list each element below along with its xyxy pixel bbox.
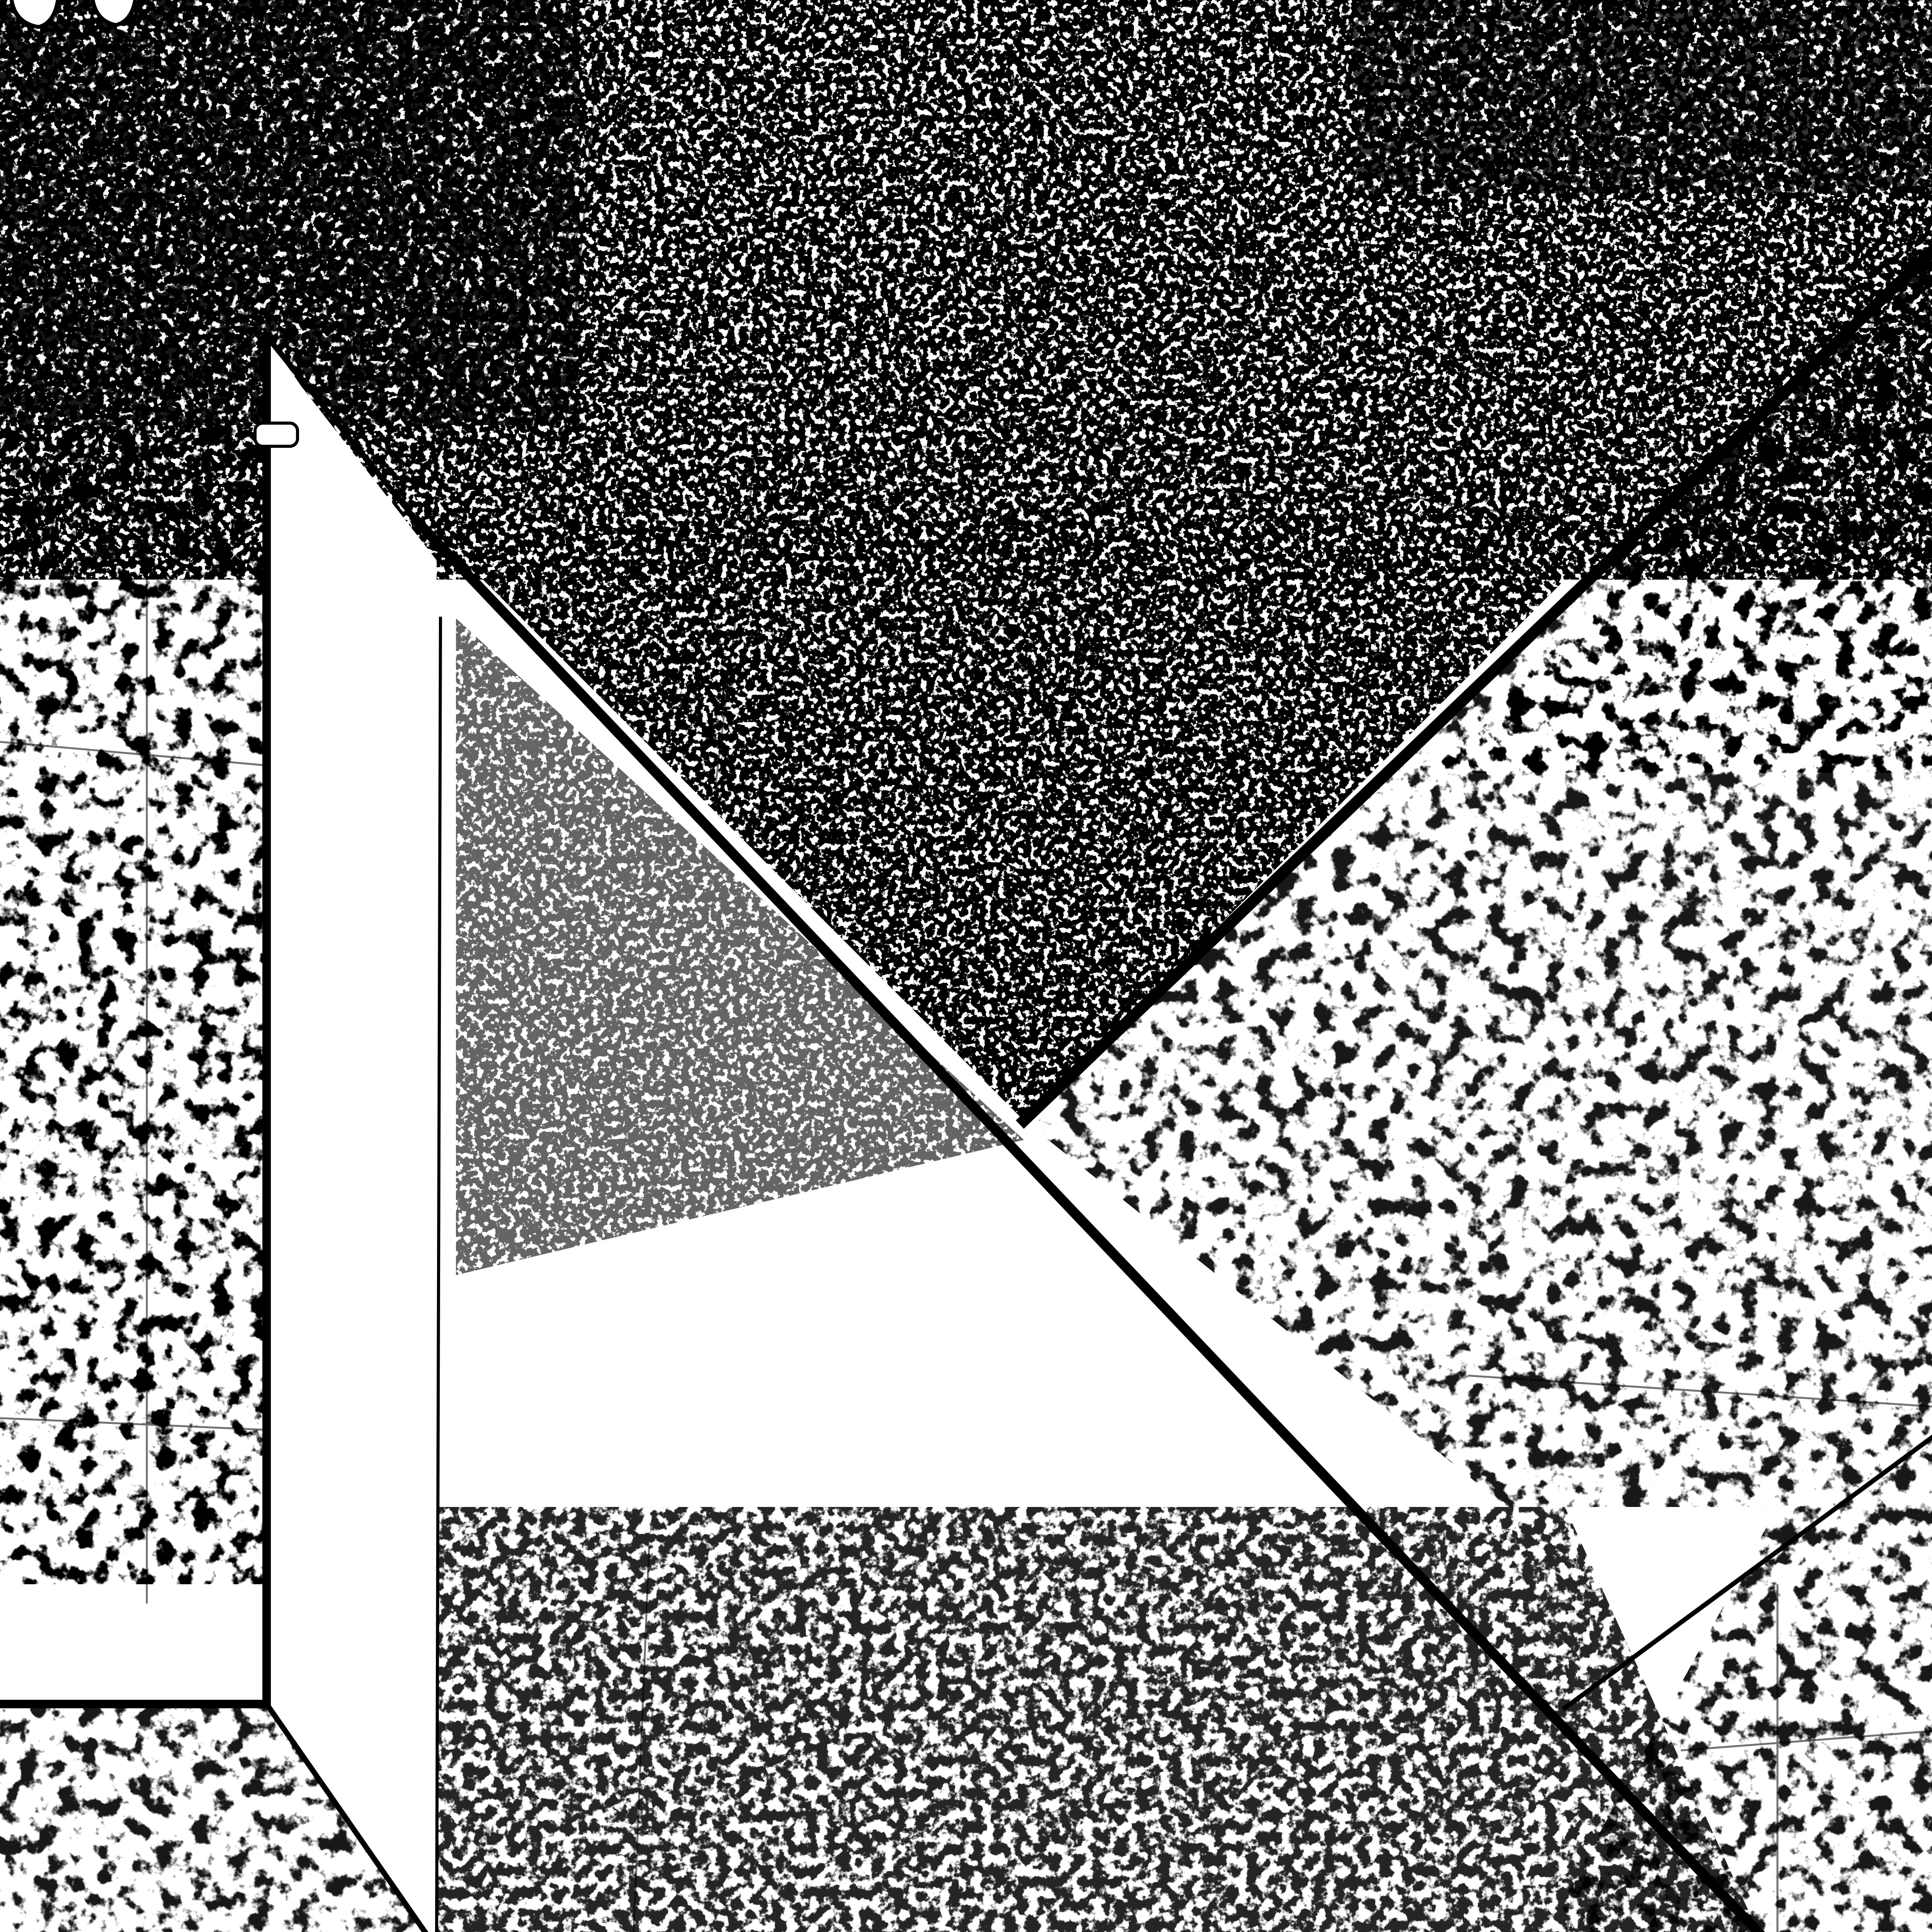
photo-scene	[0, 0, 1932, 1932]
left-dark-panel	[0, 425, 263, 1584]
beam-bracket	[255, 423, 298, 446]
